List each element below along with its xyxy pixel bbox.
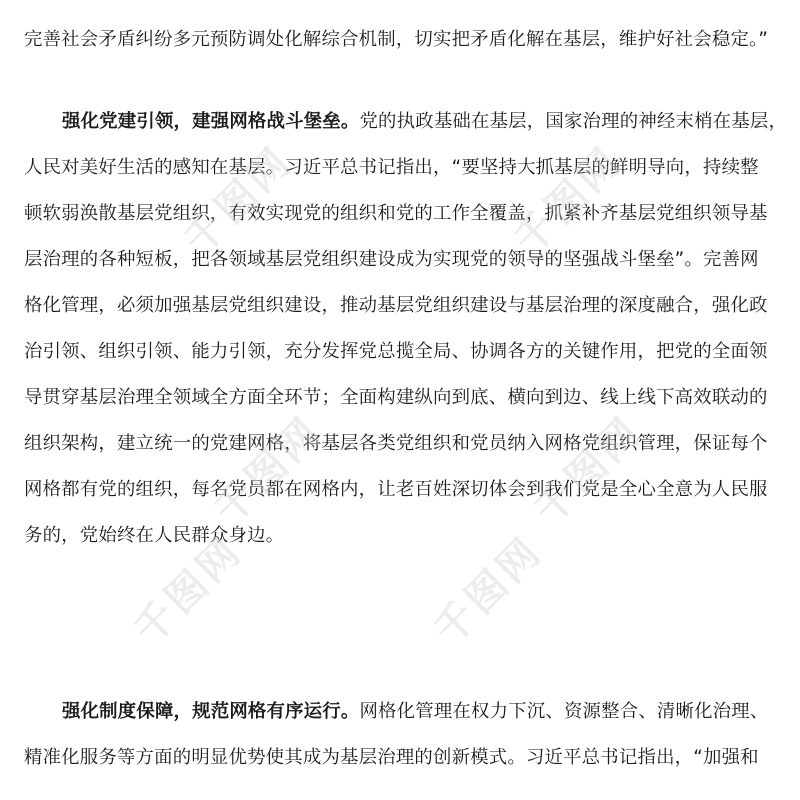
paragraph-2-line-7: 导贯穿基层治理全领域全方面全环节；全面构建纵向到底、横向到边、线上线下高效联动的 — [24, 386, 768, 410]
paragraph-3-line-1: 强化制度保障，规范网格有序运行。网格化管理在权力下沉、资源整合、清晰化治理、 — [62, 700, 768, 724]
paragraph-2-line-3: 顿软弱涣散基层党组织，有效实现党的组织和党的工作全覆盖，抓紧补齐基层党组织领导基 — [24, 202, 768, 226]
watermark: 千图网 — [519, 402, 653, 536]
paragraph-2-line-1: 强化党建引领，建强网格战斗堡垒。党的执政基础在基层，国家治理的神经末梢在基层， — [62, 110, 787, 134]
watermark: 千图网 — [199, 402, 333, 536]
paragraph-2-line-5: 格化管理，必须加强基层党组织建设，推动基层党组织建设与基层治理的深度融合，强化政 — [24, 294, 768, 318]
watermark: 千图网 — [419, 522, 553, 656]
watermark: 千图网 — [499, 132, 633, 266]
paragraph-2-line-6: 治引领、组织引领、能力引领，充分发挥党总揽全局、协调各方的关键作用，把党的全面领 — [24, 340, 768, 364]
watermark: 千图网 — [169, 132, 303, 266]
paragraph-2-line-8: 组织架构，建立统一的党建网格，将基层各类党组织和党员纳入网格党组织管理，保证每个 — [24, 432, 768, 456]
paragraph-2-heading: 强化党建引领，建强网格战斗堡垒。 — [62, 111, 359, 132]
paragraph-3-line-2: 精准化服务等方面的明显优势使其成为基层治理的创新模式。习近平总书记指出，“加强和 — [24, 746, 759, 770]
paragraph-3-heading: 强化制度保障，规范网格有序运行。 — [62, 701, 359, 722]
paragraph-2-line-4: 层治理的各种短板，把各领域基层党组织建设成为实现党的领导的坚强战斗堡垒”。完善网 — [24, 248, 759, 272]
paragraph-2-line-2: 人民对美好生活的感知在基层。习近平总书记指出，“要坚持大抓基层的鲜明导向，持续整 — [24, 156, 759, 180]
paragraph-2-text: 党的执政基础在基层，国家治理的神经末梢在基层， — [359, 111, 787, 132]
paragraph-3-text: 网格化管理在权力下沉、资源整合、清晰化治理、 — [359, 701, 768, 722]
paragraph-2-line-10: 务的，党始终在人民群众身边。 — [24, 524, 284, 548]
paragraph-2-line-9: 网格都有党的组织，每名党员都在网格内，让老百姓深切体会到我们党是全心全意为人民服 — [24, 478, 768, 502]
paragraph-1-line-1: 完善社会矛盾纠纷多元预防调处化解综合机制，切实把矛盾化解在基层，维护好社会稳定。… — [24, 28, 768, 52]
